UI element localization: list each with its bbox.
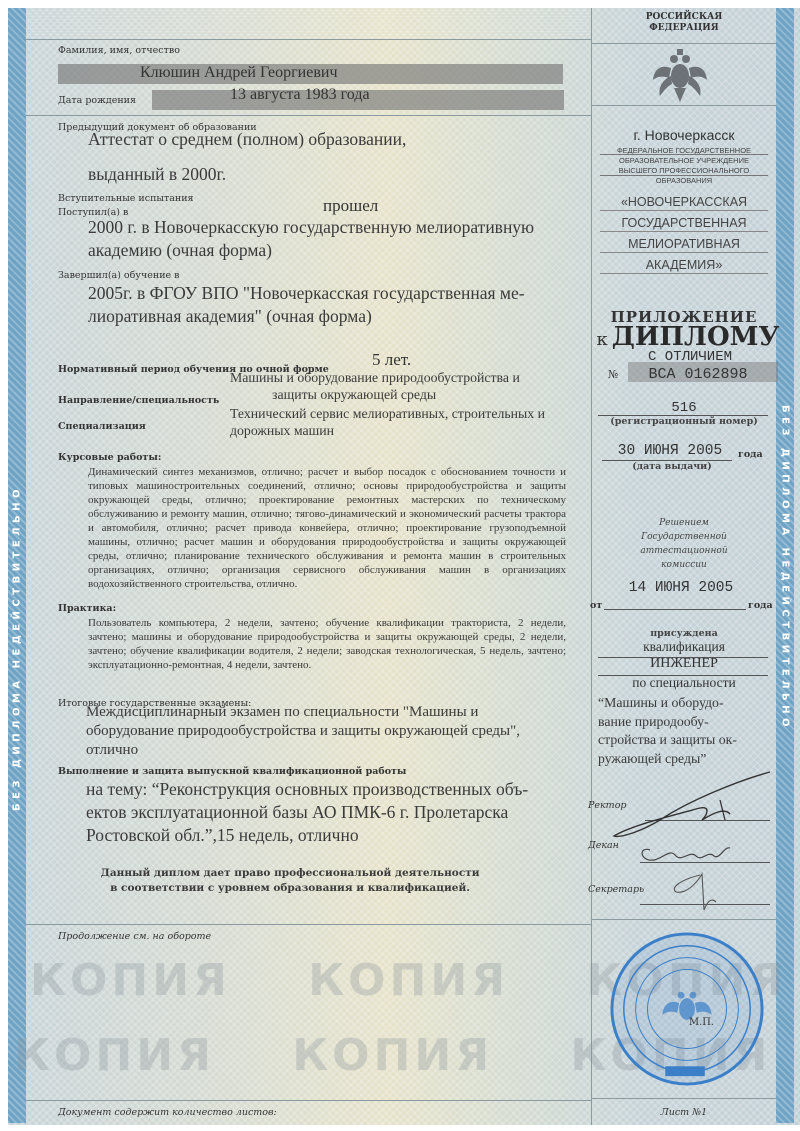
completed-label: Завершил(а) обучение в <box>58 270 180 281</box>
left-security-strip: БЕЗ ДИПЛОМА НЕДЕЙСТВИТЕЛЬНО <box>8 8 26 1123</box>
underline <box>600 231 768 232</box>
awarded-label: присуждена <box>592 628 776 639</box>
coursework-label: Курсовые работы: <box>58 452 161 463</box>
continued-note: Продолжение см. на обороте <box>58 931 211 942</box>
sheets-note: Документ содержит количество листов: <box>58 1107 277 1118</box>
qualification-label: квалификация <box>592 639 776 655</box>
city: г. Новочеркасск <box>592 127 776 143</box>
issue-date: 30 ИЮНЯ 2005 <box>600 443 740 459</box>
coursework-value: Динамический синтез механизмов, отлично;… <box>88 465 566 591</box>
divider-bottom <box>26 1100 591 1101</box>
practice-value: Пользователь компьютера, 2 недели, зачте… <box>88 616 566 672</box>
period-value: 5 лет. <box>372 350 411 370</box>
institution-name: «НОВОЧЕРКАССКАЯ ГОСУДАРСТВЕННАЯ МЕЛИОРАТ… <box>592 192 776 276</box>
divider-before-continued <box>26 924 591 925</box>
divider-top <box>26 39 591 40</box>
underline <box>600 210 768 211</box>
official-seal-icon: М.П. <box>608 930 766 1088</box>
decision-year-word: года <box>748 600 773 611</box>
direction-label: Направление/специальность <box>58 395 219 406</box>
right-divider-country <box>592 43 776 44</box>
commission-decision: Решением Государственной аттестационной … <box>592 516 776 572</box>
completed-value: 2005г. в ФГОУ ВПО "Новочеркасская госуда… <box>88 282 588 328</box>
decision-date: 14 ИЮНЯ 2005 <box>596 580 766 596</box>
institution-type: ФЕДЕРАЛЬНОЕ ГОСУДАРСТВЕННОЕ ОБРАЗОВАТЕЛЬ… <box>592 146 776 186</box>
right-strip-text: БЕЗ ДИПЛОМА НЕДЕЙСТВИТЕЛЬНО <box>780 405 791 731</box>
fio-label: Фамилия, имя, отчество <box>58 45 180 56</box>
direction-value: Машины и оборудование природообустройств… <box>230 369 590 403</box>
birth-value: 13 августа 1983 года <box>230 86 370 104</box>
specialty-value: “Машины и оборудо- вание природообу- стр… <box>598 694 770 768</box>
signatures <box>600 770 780 920</box>
thesis-value: на тему: “Реконструкция основных произво… <box>86 778 586 847</box>
final-exams-value: Междисциплинарный экзамен по специальнос… <box>86 703 586 760</box>
rights-statement: Данный диплом дает право профессионально… <box>60 866 520 896</box>
country-name: РОССИЙСКАЯ ФЕДЕРАЦИЯ <box>592 12 776 34</box>
underline <box>600 252 768 253</box>
top-band <box>26 8 590 38</box>
from-word: от <box>590 600 602 611</box>
specialization-value: Технический сервис мелиоративных, строит… <box>230 405 590 439</box>
underline <box>600 273 768 274</box>
thesis-label: Выполнение и защита выпускной квалификац… <box>58 766 406 777</box>
divider-after-birth <box>26 115 591 116</box>
enrolled-value: 2000 г. в Новочеркасскую государственную… <box>88 216 588 262</box>
reg-number: 516 <box>592 400 776 416</box>
prev-doc-value: Аттестат о среднем (полном) образовании,… <box>88 128 568 186</box>
underline <box>600 154 768 155</box>
qualification-value: ИНЖЕНЕР <box>592 656 776 672</box>
birth-label: Дата рождения <box>58 95 136 106</box>
diploma-title: к ДИПЛОМУ <box>596 322 780 352</box>
sheet-number: Лист №1 <box>592 1107 776 1118</box>
right-divider-bottom <box>592 1098 776 1099</box>
entrance-value: прошел <box>323 196 378 216</box>
number-sign: № <box>608 368 618 381</box>
coat-of-arms-icon <box>650 46 710 106</box>
issue-date-label: (дата выдачи) <box>592 461 752 472</box>
svg-text:М.П.: М.П. <box>689 1017 714 1028</box>
specialization-label: Специализация <box>58 421 146 432</box>
underline <box>604 609 746 610</box>
honors: С ОТЛИЧИЕМ <box>630 349 750 365</box>
issue-year-word: года <box>738 449 763 460</box>
fio-value: Клюшин Андрей Георгиевич <box>140 64 338 82</box>
diploma-number: ВСА 0162898 <box>628 366 768 383</box>
entrance-label: Вступительные испытания <box>58 193 194 204</box>
by-specialty-label: по специальности <box>592 675 776 691</box>
reg-number-label: (регистрационный номер) <box>592 416 776 427</box>
practice-label: Практика: <box>58 603 116 614</box>
underline <box>600 175 768 176</box>
left-strip-text: БЕЗ ДИПЛОМА НЕДЕЙСТВИТЕЛЬНО <box>12 485 23 811</box>
